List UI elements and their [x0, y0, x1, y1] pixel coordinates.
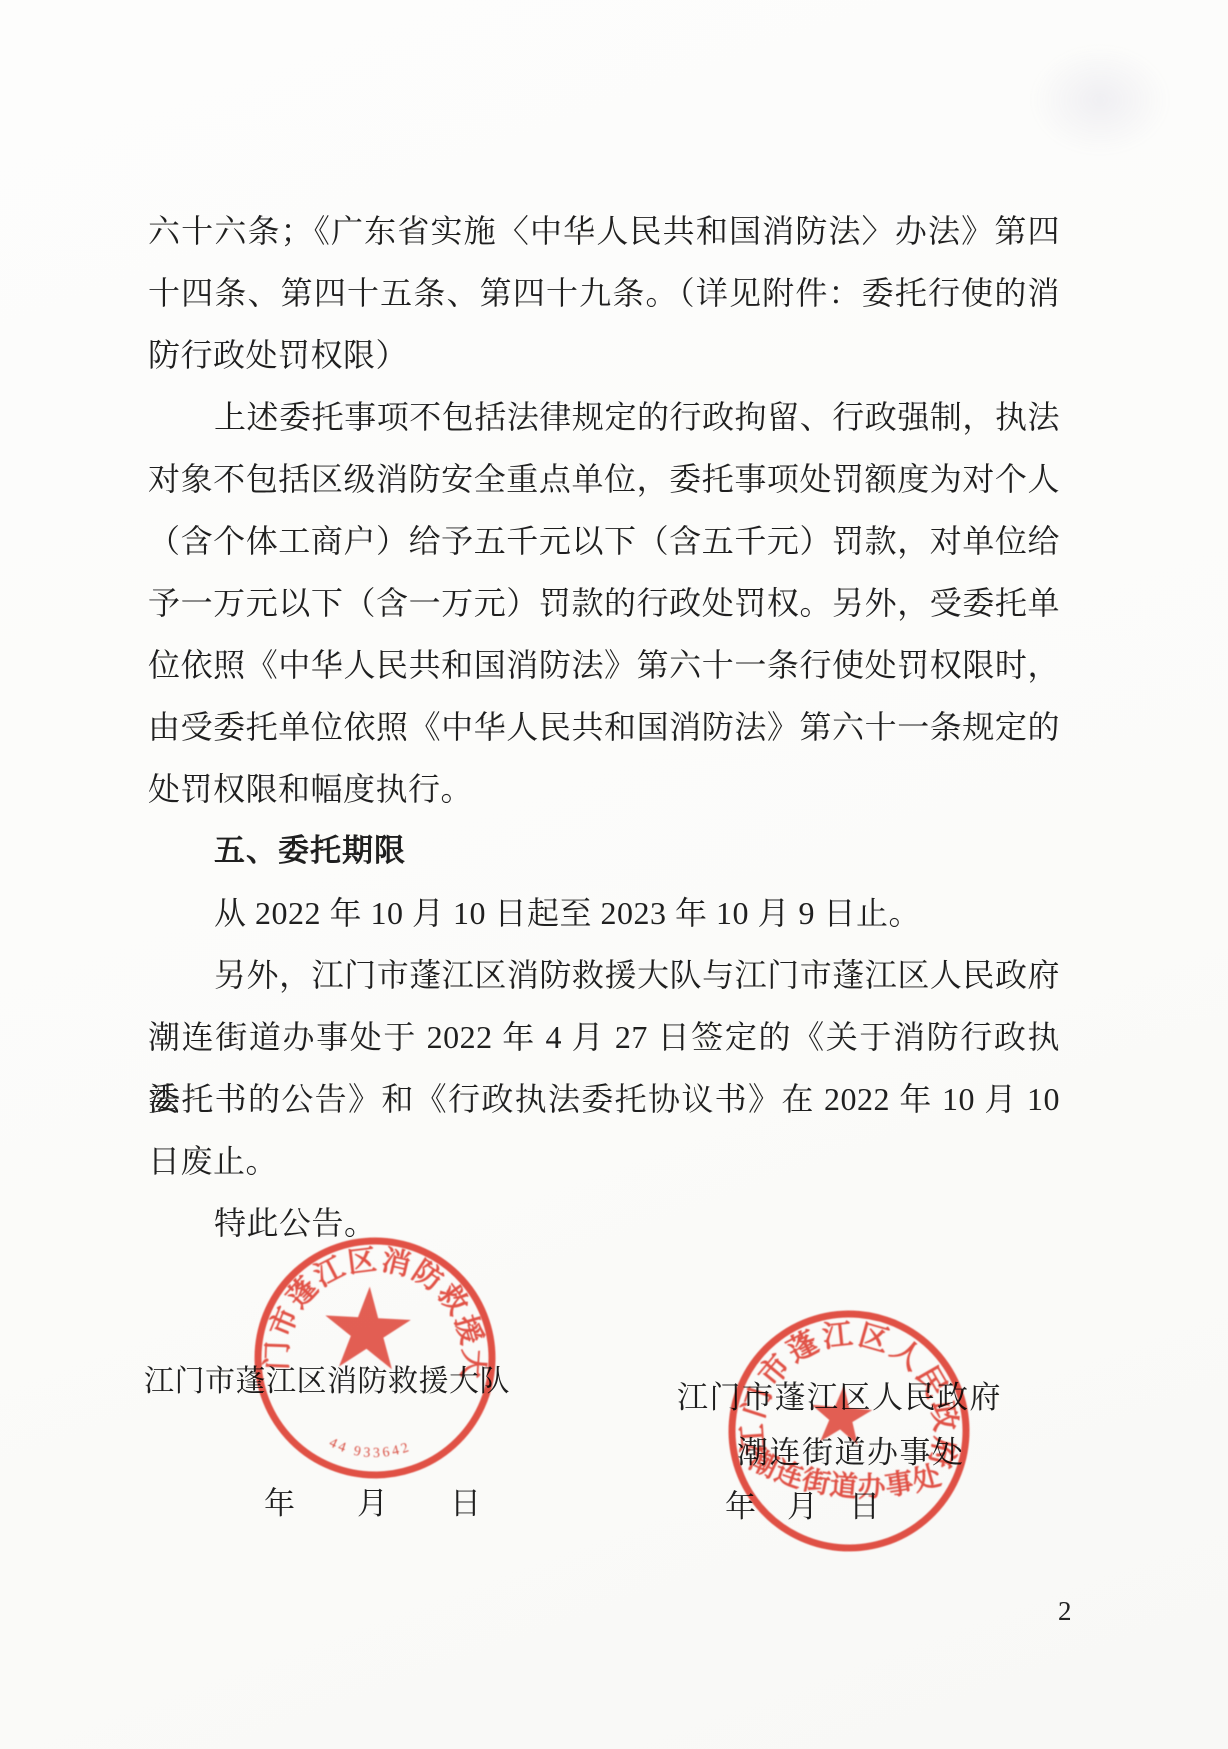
body-line: （含个体工商户）给予五千元以下（含五千元）罚款，对单位给: [148, 510, 1060, 572]
seal-star-icon: [809, 1383, 875, 1446]
body-line: 十四条、第四十五条、第四十九条。（详见附件：委托行使的消: [148, 262, 1060, 324]
body-line: 处罚权限和幅度执行。: [148, 758, 1060, 820]
body-line: 委托书的公告》和《行政执法委托协议书》在 2022 年 10 月 10: [148, 1068, 1060, 1130]
body-line: 由受委托单位依照《中华人民共和国消防法》第六十一条规定的: [148, 696, 1060, 758]
body-line: 对象不包括区级消防安全重点单位，委托事项处罚额度为对个人: [148, 448, 1060, 510]
seal-banner-text: 潮连街道办事处: [742, 1443, 948, 1512]
body-line: 上述委托事项不包括法律规定的行政拘留、行政强制，执法: [148, 386, 1060, 448]
official-seal-street-office: 江门市蓬江区人民政府 潮连街道办事处: [714, 1296, 985, 1567]
body-line: 防行政处罚权限）: [148, 324, 1060, 386]
svg-text:潮连街道办事处: 潮连街道办事处: [742, 1443, 948, 1512]
page-number: 2: [1058, 1596, 1072, 1627]
body-line: 予一万元以下（含一万元）罚款的行政处罚权。另外，受委托单: [148, 572, 1060, 634]
official-seal-fire-rescue: 江门市蓬江区消防救援大队 44 933642: [238, 1221, 511, 1494]
seal-code-text: 44 933642: [326, 1435, 414, 1463]
body-line: 位依照《中华人民共和国消防法》第六十一条行使处罚权限时，: [148, 634, 1060, 696]
seal-star-icon: [323, 1284, 413, 1370]
scan-smudge: [1030, 45, 1170, 155]
document-page: 六十六条；《广东省实施〈中华人民共和国消防法〉办法》第四 十四条、第四十五条、第…: [0, 0, 1228, 1749]
section-heading-delegation-period: 五、委托期限: [148, 820, 1060, 882]
body-line: 从 2022 年 10 月 10 日起至 2023 年 10 月 9 日止。: [148, 882, 1060, 944]
seal-ring-text: 江门市蓬江区人民政府: [733, 1308, 971, 1474]
body-line: 日废止。: [148, 1130, 1060, 1192]
announcement-body: 六十六条；《广东省实施〈中华人民共和国消防法〉办法》第四 十四条、第四十五条、第…: [148, 200, 1060, 1254]
body-line: 另外，江门市蓬江区消防救援大队与江门市蓬江区人民政府: [148, 944, 1060, 1006]
svg-text:44 933642: 44 933642: [326, 1435, 414, 1463]
body-line: 六十六条；《广东省实施〈中华人民共和国消防法〉办法》第四: [148, 200, 1060, 262]
svg-text:江门市蓬江区人民政府: 江门市蓬江区人民政府: [733, 1308, 971, 1474]
body-line: 潮连街道办事处于 2022 年 4 月 27 日签定的《关于消防行政执法: [148, 1006, 1060, 1068]
